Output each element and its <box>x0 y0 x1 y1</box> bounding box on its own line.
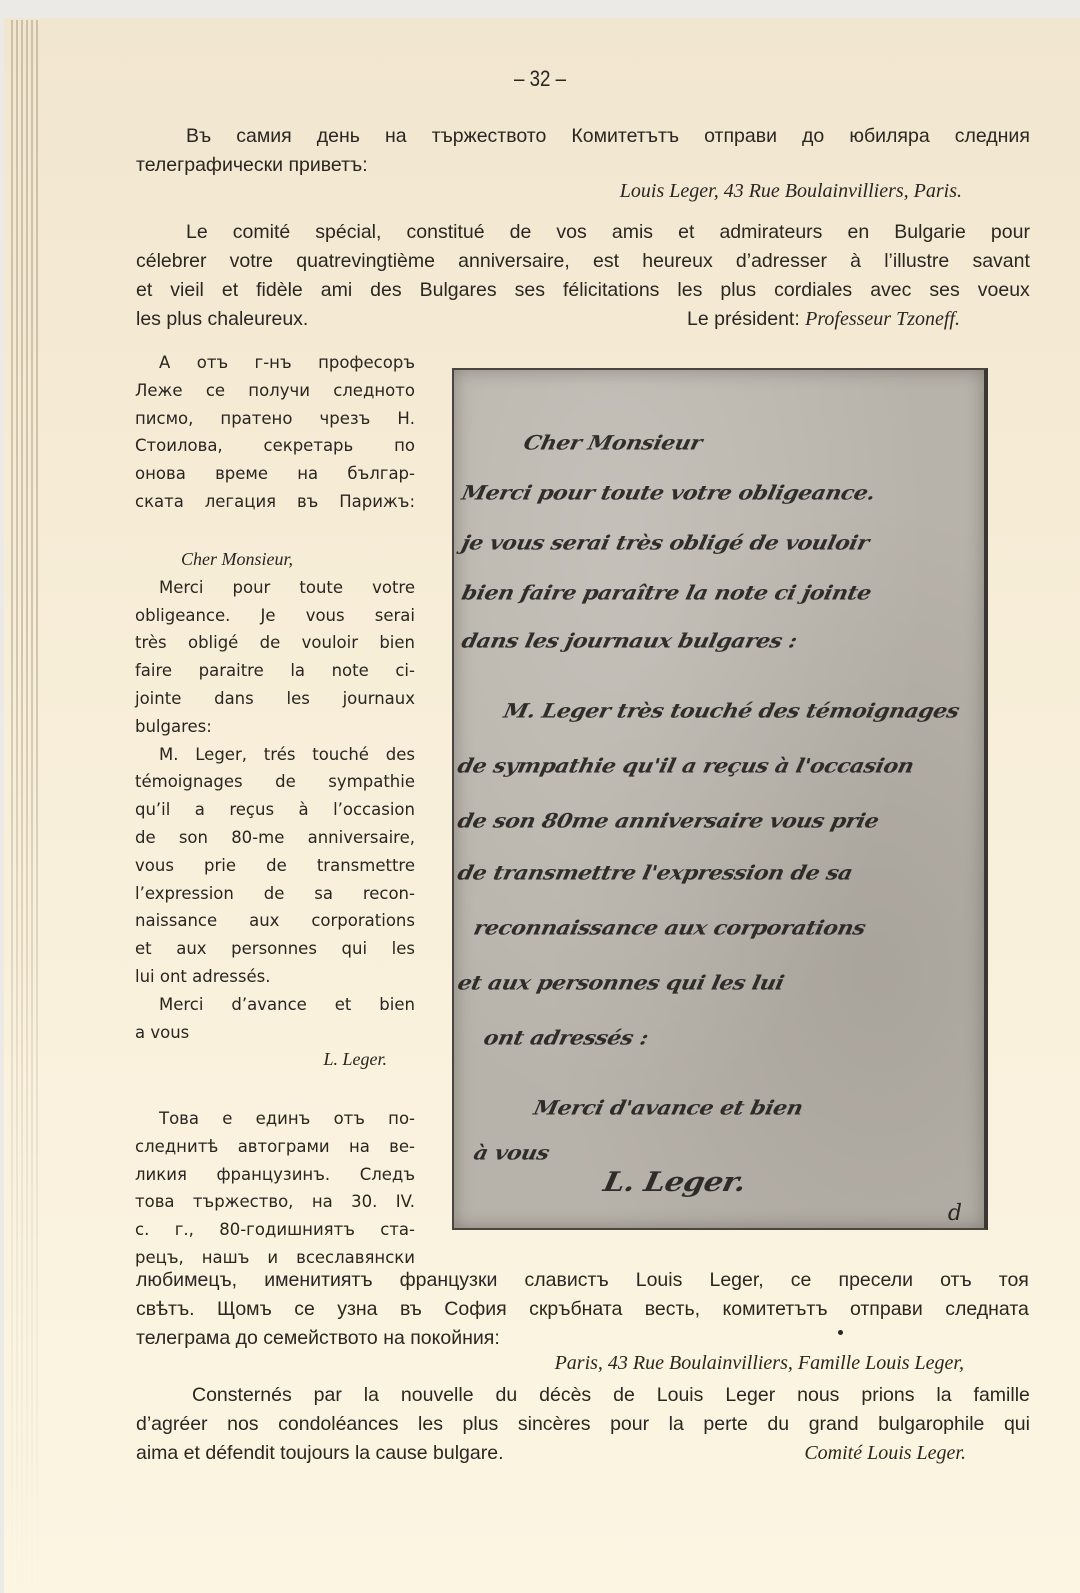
left-column-after: Товаеединъотъпо-следнитѣавтограминаве-ли… <box>135 1105 415 1272</box>
word: grand <box>809 1410 859 1439</box>
word: d’agréer <box>136 1410 208 1439</box>
word: de <box>613 1381 635 1410</box>
bottom-paragraph: любимецъ,именитиятъфранцузкиславистъLoui… <box>136 1266 1029 1353</box>
left-column-intro: Аотъг-нъпрофесоръЛежесеполучиследнотопис… <box>135 349 415 516</box>
left-intro-line: Лежесеполучиследното <box>135 377 415 405</box>
page-edges <box>8 20 38 1593</box>
word: отправи <box>704 122 777 151</box>
word: самия <box>236 122 291 151</box>
word: nos <box>227 1410 258 1439</box>
telegram-1-body: Lecomitéspécial,constituédevosamisetadmi… <box>136 218 1030 334</box>
handwritten-line: dans les journaux bulgares : <box>460 629 995 652</box>
letter-line: jointedanslesjournaux <box>135 685 415 713</box>
word: весть, <box>645 1295 700 1324</box>
telegram-1-line: célebrervotrequatrevingtièmeanniversaire… <box>136 247 1030 276</box>
handwritten-line: reconnaissance aux corporations <box>472 916 1007 939</box>
word: Комитетътъ <box>571 122 679 151</box>
stray-dot <box>838 1330 843 1335</box>
word: famille <box>974 1381 1030 1410</box>
word: Leger <box>725 1381 775 1410</box>
word: la <box>936 1381 951 1410</box>
word: скръбната <box>529 1295 622 1324</box>
word: французки <box>400 1266 498 1295</box>
word: Въ <box>186 122 211 151</box>
word: отправи <box>850 1295 923 1324</box>
letter-line: l’expressiondesarecon- <box>135 880 415 908</box>
letter-line: lui ont adressés. <box>135 963 415 991</box>
left-after-line: товатържество,на30.IV. <box>135 1188 415 1216</box>
word: la <box>669 1410 684 1439</box>
word: la <box>364 1381 379 1410</box>
word: тоя <box>999 1266 1029 1295</box>
handwritten-letter-image: Cher MonsieurMerci pour toute votre obli… <box>452 368 988 1230</box>
telegram-2-line-1: ConsternésparlanouvelledudécèsdeLouisLeg… <box>136 1381 1030 1410</box>
signature-name: Professeur Tzoneff. <box>805 308 960 330</box>
telegram-2-line-3: aima et défendit toujours la cause bulga… <box>136 1439 1030 1468</box>
word: perte <box>703 1410 747 1439</box>
word: condoléances <box>278 1410 398 1439</box>
telegram-2-body: ConsternésparlanouvelledudécèsdeLouisLeg… <box>136 1381 1030 1468</box>
word: les <box>418 1410 443 1439</box>
word: день <box>317 122 360 151</box>
left-after-line: ликияфранцузинъ.Следъ <box>135 1161 415 1189</box>
telegram-2-signature: Comité Louis Leger. <box>804 1439 966 1468</box>
handwritten-line: M. Leger très touché des témoignages <box>502 699 1037 722</box>
letter-line: bulgares: <box>135 713 415 741</box>
left-after-line: с.г.,80-годишниятъста- <box>135 1216 415 1244</box>
telegram-2-line-2: d’agréernoscondoléanceslesplussincèrespo… <box>136 1410 1030 1439</box>
word: Щомъ <box>217 1295 272 1324</box>
word: Leger, <box>709 1266 763 1295</box>
word: du <box>767 1410 789 1439</box>
word: следния <box>955 122 1030 151</box>
word: любимецъ, <box>136 1266 237 1295</box>
word: par <box>314 1381 342 1410</box>
word: следната <box>945 1295 1029 1324</box>
word: Louis <box>636 1266 683 1295</box>
word: nouvelle <box>401 1381 474 1410</box>
telegram-1-line: etvieiletfidèleamidesBulgaressesfélicita… <box>136 276 1030 305</box>
word: се <box>294 1295 315 1324</box>
left-intro-line: оновавременабългар- <box>135 460 415 488</box>
handwritten-line: à vous <box>472 1141 1007 1164</box>
telegram-2-closing: aima et défendit toujours la cause bulga… <box>136 1439 503 1468</box>
telegram-1-line: Lecomitéspécial,constituédevosamisetadmi… <box>136 218 1030 247</box>
left-intro-line: скаталегациявъПарижъ: <box>135 488 415 516</box>
left-intro-line: писмо,пратеночрезъН. <box>135 405 415 433</box>
word: prions <box>861 1381 914 1410</box>
word: комитетътъ <box>722 1295 827 1324</box>
word: bulgarophile <box>878 1410 984 1439</box>
word: славистъ <box>525 1266 609 1295</box>
word: свѣтъ. <box>136 1295 195 1324</box>
left-after-line: Товаеединъотъпо- <box>135 1105 415 1133</box>
word: nous <box>797 1381 839 1410</box>
telegram-address-2: Paris, 43 Rue Boulainvilliers, Famille L… <box>136 1352 964 1375</box>
intro-line-2: телеграфически приветъ: <box>136 151 1030 180</box>
letter-line: naissanceauxcorporations <box>135 907 415 935</box>
bottom-line-3: телеграма до семейството на покойния: <box>136 1324 1029 1353</box>
handwritten-line: Cher Monsieur <box>522 431 1057 454</box>
word: тържеството <box>432 122 547 151</box>
handwritten-line: et aux personnes qui les lui <box>456 971 991 994</box>
letter-line: témoignagesdesympathie <box>135 768 415 796</box>
word: юбиляра <box>849 122 929 151</box>
intro-line-1: ВъсамияденьнатържествотоКомитетътъотправ… <box>136 122 1030 151</box>
word: узна <box>337 1295 377 1324</box>
letter-signature: L. Leger. <box>135 1046 415 1074</box>
word: на <box>385 122 407 151</box>
letter-line: a vous <box>135 1019 415 1047</box>
handwritten-line: je vous serai très obligé de vouloir <box>460 531 995 554</box>
letter-line: qu’ilareçusàl’occasion <box>135 796 415 824</box>
telegram-1-signature: Le président: Professeur Tzoneff. <box>687 305 1030 334</box>
word: sincères <box>518 1410 591 1439</box>
letter-line: etauxpersonnesquiles <box>135 935 415 963</box>
telegram-address-1: Louis Leger, 43 Rue Boulainvilliers, Par… <box>136 180 962 203</box>
letter-line: M.Leger,tréstouchédes <box>135 741 415 769</box>
word: пресели <box>839 1266 913 1295</box>
handwritten-line: de son 80me anniversaire vous prie <box>456 809 991 832</box>
letter-line: obligeance.Jevousserai <box>135 602 415 630</box>
handwritten-line: ont adressés : <box>482 1026 1017 1049</box>
signature-label: Le président: <box>687 308 800 330</box>
telegram-1-closing: les plus chaleureux. <box>136 305 308 334</box>
word: qui <box>1004 1410 1030 1439</box>
letter-line: faireparaitrelanoteci- <box>135 657 415 685</box>
left-intro-line: Стоилова,секретарьпо <box>135 432 415 460</box>
handwritten-line: Merci pour toute votre obligeance. <box>460 481 995 504</box>
letter-line: deson80-meanniversaire, <box>135 824 415 852</box>
letter-salutation: Cher Monsieur, <box>135 546 415 574</box>
handwritten-line: L. Leger. <box>601 1167 1080 1199</box>
left-after-line: следнитѣавтограминаве- <box>135 1133 415 1161</box>
letter-line: trèsobligédevouloirbien <box>135 629 415 657</box>
bottom-line-1: любимецъ,именитиятъфранцузкиславистъLoui… <box>136 1266 1029 1295</box>
page-number: – 32 – <box>81 66 999 92</box>
word: въ <box>400 1295 422 1324</box>
word: до <box>802 122 824 151</box>
corner-mark: d <box>948 1201 962 1226</box>
word: отъ <box>940 1266 972 1295</box>
telegram-1-last-line: les plus chaleureux. Le président: Profe… <box>136 305 1030 334</box>
word: Consternés <box>192 1381 292 1410</box>
letter-line: Mercipourtoutevotre <box>135 574 415 602</box>
handwritten-line: Merci d'avance et bien <box>532 1096 1067 1119</box>
intro-paragraph: ВъсамияденьнатържествотоКомитетътъотправ… <box>136 122 1030 180</box>
word: du <box>495 1381 517 1410</box>
letter-line: vouspriedetransmettre <box>135 852 415 880</box>
word: се <box>791 1266 812 1295</box>
left-intro-line: Аотъг-нъпрофесоръ <box>135 349 415 377</box>
word: Louis <box>657 1381 704 1410</box>
handwritten-line: de sympathie qu'il a reçus à l'occasion <box>456 754 991 777</box>
letter-lines: Mercipourtoutevotreobligeance.Jevoussera… <box>135 574 415 1047</box>
word: plus <box>463 1410 499 1439</box>
bottom-line-2: свѣтъ.ЩомъсеузнавъСофияскръбнатавесть,ко… <box>136 1295 1029 1324</box>
telegram-1-lines: Lecomitéspécial,constituédevosamisetadmi… <box>136 218 1030 305</box>
letter-line: Mercid’avanceetbien <box>135 991 415 1019</box>
handwritten-line: de transmettre l'expression de sa <box>456 861 991 884</box>
handwritten-line: bien faire paraître la note ci jointe <box>460 581 995 604</box>
letter-transcription: Cher Monsieur, Mercipourtoutevotreoblige… <box>135 546 415 1074</box>
word: décès <box>539 1381 591 1410</box>
word: София <box>444 1295 506 1324</box>
word: pour <box>610 1410 649 1439</box>
word: именитиятъ <box>264 1266 372 1295</box>
